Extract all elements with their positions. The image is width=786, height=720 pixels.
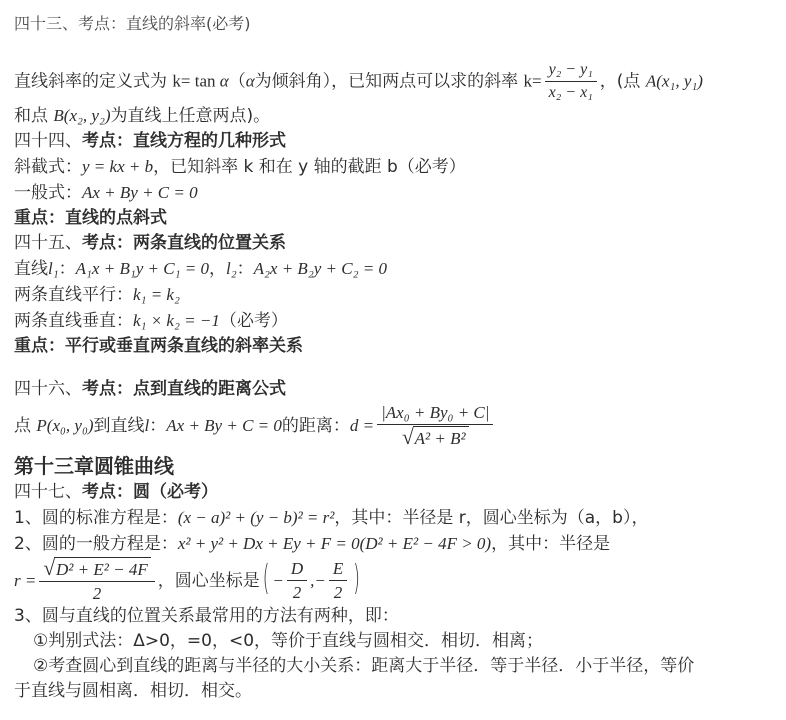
text-run: 为倾斜角），已知两点可以求的斜率 bbox=[255, 72, 524, 92]
math-run: x² + y² + Dx + Ey + F = 0(D² + E² − 4F >… bbox=[178, 534, 491, 553]
text-run: ，其中：半径是 r，圆心坐标为（a，b）， bbox=[334, 508, 648, 528]
discriminant-method-line: ①判别式法：Δ>0，=0，<0，等价于直线与圆相交．相切．相离； bbox=[14, 629, 778, 654]
left-paren: ( bbox=[263, 555, 270, 606]
fraction-denominator: 2 bbox=[89, 582, 106, 604]
section-title: 考点：圆（必考） bbox=[82, 482, 218, 502]
text-run: （ bbox=[229, 72, 246, 92]
math-run: Ax + By + C = 0 bbox=[82, 183, 198, 202]
distance-method-line-2: 于直线与圆相离．相切．相交。 bbox=[14, 679, 778, 704]
text-run: 两条直线垂直： bbox=[14, 311, 133, 331]
text-run: ： bbox=[149, 416, 166, 436]
right-paren: ) bbox=[353, 555, 360, 606]
math-l1: l₁ bbox=[48, 259, 59, 278]
parallel-condition-line: 两条直线平行：k₁ = k₂ bbox=[14, 282, 778, 308]
key-point-line: 重点：直线的点斜式 bbox=[14, 206, 778, 231]
fraction-denominator: 2 bbox=[330, 581, 347, 603]
section-45-heading: 四十五、考点：两条直线的位置关系 bbox=[14, 231, 778, 256]
text-run: 直线 bbox=[14, 259, 48, 279]
fraction-denominator: 2 bbox=[289, 581, 306, 603]
fraction-numerator: |Ax₀ + By₀ + C| bbox=[377, 402, 493, 425]
text-run: 斜截式： bbox=[14, 157, 82, 177]
math-run: A₁x + B₁y + C₁ = 0 bbox=[76, 259, 209, 278]
square-root: √D² + E² − 4F bbox=[43, 557, 150, 580]
text-run: ： bbox=[237, 259, 254, 279]
section-number: 四十五、 bbox=[14, 233, 82, 253]
chapter-13-heading: 第十三章圆锥曲线 bbox=[14, 452, 778, 480]
circle-general-equation-line: 2、圆的一般方程是：x² + y² + Dx + Ey + F = 0(D² +… bbox=[14, 531, 778, 557]
math-run: r = bbox=[14, 570, 36, 589]
math-point-p: P(x₀, y₀) bbox=[36, 416, 93, 435]
section-title: 考点：两条直线的位置关系 bbox=[82, 233, 286, 253]
text-run: 2、圆的一般方程是： bbox=[14, 534, 178, 554]
math-run: (x − a)² + (y − b)² = r² bbox=[178, 508, 335, 527]
text-run: ，(点 bbox=[600, 72, 646, 92]
math-run: Ax + By + C = 0 bbox=[166, 416, 282, 435]
slope-intercept-form-line: 斜截式：y = kx + b，已知斜率 k 和在 y 轴的截距 b（必考） bbox=[14, 154, 778, 180]
text-run: ，其中：半径是 bbox=[491, 534, 610, 554]
center-x-fraction: D2 bbox=[287, 558, 307, 604]
math-point-a: A(x₁, y₁) bbox=[646, 72, 703, 91]
math-minus: − bbox=[314, 570, 325, 589]
section-number: 四十七、 bbox=[14, 482, 82, 502]
text-run: ，已知斜率 k 和在 y 轴的截距 b（必考） bbox=[153, 157, 466, 177]
two-lines-equations-line: 直线l₁：A₁x + B₁y + C₁ = 0，l₂：A₂x + B₂y + C… bbox=[14, 256, 778, 282]
slope-definition-line-2: 和点 B(x₂, y₂)为直线上任意两点)。 bbox=[14, 103, 778, 129]
section-title: 考点：点到直线的距离公式 bbox=[82, 379, 286, 399]
text-run: ，圆心坐标是 bbox=[158, 570, 260, 590]
math-l2: l₂ bbox=[226, 259, 237, 278]
key-point-line: 重点：平行或垂直两条直线的斜率关系 bbox=[14, 334, 778, 359]
perpendicular-condition-line: 两条直线垂直：k₁ × k₂ = −1（必考） bbox=[14, 308, 778, 334]
slope-fraction: y₂ − y₁x₂ − x₁ bbox=[545, 60, 597, 103]
distance-formula-line: 点 P(x₀, y₀)到直线l：Ax + By + C = 0的距离：d =|A… bbox=[14, 402, 778, 450]
section-47-heading: 四十七、考点：圆（必考） bbox=[14, 480, 778, 505]
text-run: 直线斜率的定义式为 bbox=[14, 72, 172, 92]
section-number: 四十四、 bbox=[14, 131, 82, 151]
radicand: D² + E² − 4F bbox=[54, 557, 151, 580]
math-alpha: α bbox=[220, 72, 229, 91]
section-44-heading: 四十四、考点：直线方程的几种形式 bbox=[14, 129, 778, 154]
text-run: （必考） bbox=[220, 311, 288, 331]
text-run: 和点 bbox=[14, 106, 53, 126]
math-run: k₁ = k₂ bbox=[133, 285, 180, 304]
text-run: 点 bbox=[14, 416, 36, 436]
text-run: 到直线 bbox=[94, 416, 145, 436]
slope-definition-line: 直线斜率的定义式为 k= tan α（α为倾斜角），已知两点可以求的斜率 k=y… bbox=[14, 60, 778, 103]
math-run: k= bbox=[524, 72, 542, 91]
fraction-denominator: √A² + B² bbox=[398, 425, 473, 449]
math-point-b: B(x₂, y₂) bbox=[53, 106, 110, 125]
fraction-numerator: D bbox=[287, 558, 307, 581]
section-number: 四十六、 bbox=[14, 379, 82, 399]
general-form-line: 一般式：Ax + By + C = 0 bbox=[14, 180, 778, 206]
square-root: √A² + B² bbox=[402, 426, 469, 449]
circle-standard-equation-line: 1、圆的标准方程是：(x − a)² + (y − b)² = r²，其中：半径… bbox=[14, 505, 778, 531]
fraction-numerator: y₂ − y₁ bbox=[545, 60, 597, 82]
text-run: 为直线上任意两点)。 bbox=[111, 106, 271, 126]
text-run: ： bbox=[59, 259, 76, 279]
text-run: 1、圆的标准方程是： bbox=[14, 508, 178, 528]
text-run: ， bbox=[209, 259, 226, 279]
circle-line-relations-line: 3、圆与直线的位置关系最常用的方法有两种，即： bbox=[14, 604, 778, 629]
math-minus: − bbox=[272, 570, 283, 589]
text-run: 一般式： bbox=[14, 183, 82, 203]
section-46-heading: 四十六、考点：点到直线的距离公式 bbox=[14, 377, 778, 402]
radius-center-formula-line: r =√D² + E² − 4F2，圆心坐标是(−D2,−E2) bbox=[14, 557, 778, 605]
document: 四十三、考点：直线的斜率(必考) 直线斜率的定义式为 k= tan α（α为倾斜… bbox=[0, 0, 786, 704]
math-run: A₂x + B₂y + C₂ = 0 bbox=[254, 259, 387, 278]
math-run: y = kx + b bbox=[82, 157, 153, 176]
math-alpha: α bbox=[246, 72, 255, 91]
fraction-numerator: E bbox=[329, 558, 347, 581]
radicand: A² + B² bbox=[413, 426, 469, 449]
distance-method-line: ②考查圆心到直线的距离与半径的大小关系：距离大于半径．等于半径．小于半径，等价 bbox=[14, 654, 778, 679]
math-run: k= tan bbox=[172, 72, 219, 91]
text-run: 的距离： bbox=[282, 416, 350, 436]
math-run: d = bbox=[350, 416, 374, 435]
center-y-fraction: E2 bbox=[329, 558, 347, 604]
fraction-numerator: √D² + E² − 4F bbox=[39, 557, 154, 582]
text-run: 两条直线平行： bbox=[14, 285, 133, 305]
fraction-denominator: x₂ − x₁ bbox=[545, 82, 597, 103]
math-run: k₁ × k₂ = −1 bbox=[133, 311, 220, 330]
radius-fraction: √D² + E² − 4F2 bbox=[39, 557, 154, 605]
section-43-heading: 四十三、考点：直线的斜率(必考) bbox=[14, 11, 778, 36]
section-title: 考点：直线方程的几种形式 bbox=[82, 131, 286, 151]
distance-fraction: |Ax₀ + By₀ + C|√A² + B² bbox=[377, 402, 493, 450]
